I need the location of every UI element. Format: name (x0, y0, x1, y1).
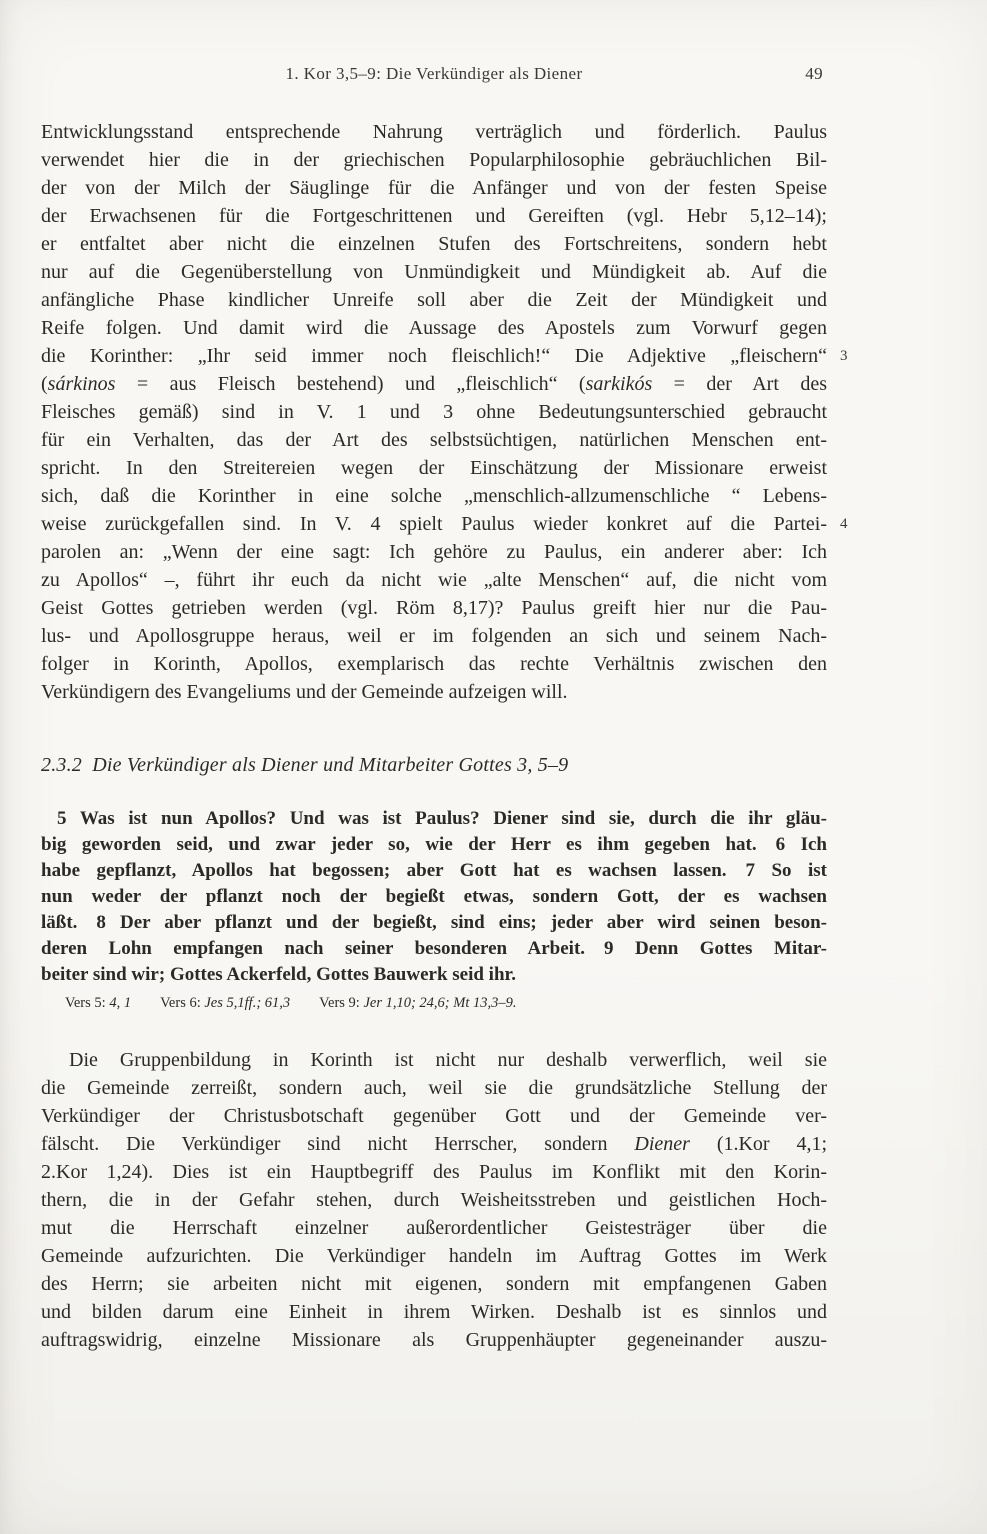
text-segment: und bilden darum eine Einheit in ihrem W… (41, 1301, 827, 1323)
text-segment: Geist Gottes getrieben werden (vgl. Röm … (41, 597, 827, 619)
text-line: des Herrn; sie arbeiten nicht mit eigene… (41, 1270, 827, 1298)
text-line: 2.Kor 1,24). Dies ist ein Hauptbegriff d… (41, 1158, 827, 1186)
text-line: Reife folgen. Und damit wird die Aussage… (41, 314, 827, 342)
text-line: (sárkinos = aus Fleisch bestehend) und „… (41, 370, 827, 398)
bible-text-paragraph: 5 Was ist nun Apollos? Und was ist Paulu… (41, 806, 827, 988)
text-line: spricht. In den Streitereien wegen der E… (41, 454, 827, 482)
book-page: 1. Kor 3,5–9: Die Verkündiger als Diener… (0, 0, 987, 1534)
text-segment: auftragswidrig, einzelne Missionare als … (41, 1329, 827, 1351)
text-line: folger in Korinth, Apollos, exemplarisch… (41, 650, 827, 678)
text-line: auftragswidrig, einzelne Missionare als … (41, 1326, 827, 1354)
running-title: 1. Kor 3,5–9: Die Verkündiger als Diener (41, 62, 827, 86)
text-segment: thern, die in der Gefahr stehen, durch W… (41, 1189, 827, 1211)
text-line: thern, die in der Gefahr stehen, durch W… (41, 1186, 827, 1214)
italic-text-segment: Jer 1,10; 24,6; Mt 13,3–9. (363, 995, 516, 1011)
text-segment: 5 Was ist nun Apollos? Und was ist Paulu… (57, 808, 827, 829)
italic-text-segment: Die Verkündiger als Diener und Mitarbeit… (92, 754, 568, 776)
text-segment: Vers 6: (131, 995, 204, 1011)
text-segment: Reife folgen. Und damit wird die Aussage… (41, 317, 827, 339)
text-segment: deren Lohn empfangen nach seiner besonde… (41, 938, 827, 959)
text-segment: zu Apollos“ –, führt ihr euch da nicht w… (41, 569, 827, 591)
text-line: Fleisches gemäß) sind in V. 1 und 3 ohne… (41, 398, 827, 426)
text-segment: parolen an: „Wenn der eine sagt: Ich geh… (41, 541, 827, 563)
italic-text-segment: sárkinos (48, 373, 116, 395)
text-line: Verkündiger der Christusbotschaft gegenü… (41, 1102, 827, 1130)
text-segment: die Gemeinde zerreißt, sondern auch, wei… (41, 1077, 827, 1099)
text-line: parolen an: „Wenn der eine sagt: Ich geh… (41, 538, 827, 566)
text-segment: Verkündigern des Evangeliums und der Gem… (41, 681, 568, 703)
text-segment: für ein Verhalten, das der Art des selbs… (41, 429, 827, 451)
text-segment: = aus Fleisch bestehend) und „fleischlic… (115, 373, 585, 395)
text-segment: mut die Herrschaft einzelner außerordent… (41, 1217, 827, 1239)
italic-text-segment: sarkikós (586, 373, 653, 395)
text-segment: = der Art des (652, 373, 827, 395)
italic-text-segment: Diener (634, 1133, 690, 1155)
margin-verse-number: 4 (827, 510, 848, 538)
page-number: 49 (805, 62, 823, 86)
text-segment: Vers 9: (290, 995, 363, 1011)
text-line: Gemeinde aufzurichten. Die Verkündiger h… (41, 1242, 827, 1270)
commentary-paragraph-2: Die Gruppenbildung in Korinth ist nicht … (41, 1046, 827, 1354)
text-segment: Verkündiger der Christusbotschaft gegenü… (41, 1105, 827, 1127)
text-segment: spricht. In den Streitereien wegen der E… (41, 457, 827, 479)
text-line: anfängliche Phase kindlicher Unreife sol… (41, 286, 827, 314)
commentary-paragraph-1: Entwicklungsstand entsprechende Nahrung … (41, 118, 827, 706)
text-line: er entfaltet aber nicht die einzelnen St… (41, 230, 827, 258)
text-line: 2.3.2 Die Verkündiger als Diener und Mit… (41, 752, 827, 778)
text-segment: der Erwachsenen für die Fortgeschrittene… (41, 205, 827, 227)
text-segment: Entwicklungsstand entsprechende Nahrung … (41, 121, 827, 143)
italic-text-segment: Jes 5,1ff.; 61,3 (204, 995, 290, 1011)
section-heading: 2.3.2 Die Verkündiger als Diener und Mit… (41, 752, 827, 778)
text-line: mut die Herrschaft einzelner außerordent… (41, 1214, 827, 1242)
page-header: 1. Kor 3,5–9: Die Verkündiger als Diener… (41, 62, 827, 86)
text-segment: die Korinther: „Ihr seid immer noch flei… (41, 345, 827, 367)
text-segment: er entfaltet aber nicht die einzelnen St… (41, 233, 827, 255)
text-segment: fälscht. Die Verkündiger sind nicht Herr… (41, 1133, 634, 1155)
text-line: Verkündigern des Evangeliums und der Gem… (41, 678, 827, 706)
text-segment: big geworden seid, und zwar jeder so, wi… (41, 834, 827, 855)
text-line: für ein Verhalten, das der Art des selbs… (41, 426, 827, 454)
text-segment: Fleisches gemäß) sind in V. 1 und 3 ohne… (41, 401, 827, 423)
text-segment: lus- und Apollosgruppe heraus, weil er i… (41, 625, 827, 647)
margin-verse-number: 3 (827, 342, 848, 370)
cross-reference-line: Vers 5: 4, 1 Vers 6: Jes 5,1ff.; 61,3 Ve… (41, 993, 827, 1013)
text-segment: folger in Korinth, Apollos, exemplarisch… (41, 653, 827, 675)
text-segment: habe gepflanzt, Apollos hat begossen; ab… (41, 860, 827, 881)
text-line: big geworden seid, und zwar jeder so, wi… (41, 832, 827, 858)
text-line: sich, daß die Korinther in eine solche „… (41, 482, 827, 510)
text-line: nur auf die Gegenüberstellung von Unmünd… (41, 258, 827, 286)
text-segment: ( (41, 373, 48, 395)
text-line: 5 Was ist nun Apollos? Und was ist Paulu… (41, 806, 827, 832)
text-line: Die Gruppenbildung in Korinth ist nicht … (41, 1046, 827, 1074)
text-segment: Die Gruppenbildung in Korinth ist nicht … (69, 1049, 827, 1071)
text-line: lus- und Apollosgruppe heraus, weil er i… (41, 622, 827, 650)
text-segment: läßt. 8 Der aber pflanzt und der begießt… (41, 912, 827, 933)
text-line: weise zurückgefallen sind. In V. 4 spiel… (41, 510, 827, 538)
text-line: beiter sind wir; Gottes Ackerfeld, Gotte… (41, 962, 827, 988)
italic-text-segment: 2.3.2 (41, 754, 82, 776)
text-line: läßt. 8 Der aber pflanzt und der begießt… (41, 910, 827, 936)
text-segment: (1.Kor 4,1; (690, 1133, 827, 1155)
text-line: der Erwachsenen für die Fortgeschrittene… (41, 202, 827, 230)
text-segment: des Herrn; sie arbeiten nicht mit eigene… (41, 1273, 827, 1295)
text-segment: der von der Milch der Säuglinge für die … (41, 177, 827, 199)
text-segment: Gemeinde aufzurichten. Die Verkündiger h… (41, 1245, 827, 1267)
text-line: habe gepflanzt, Apollos hat begossen; ab… (41, 858, 827, 884)
text-line: nun weder der pflanzt noch der begießt e… (41, 884, 827, 910)
text-segment: weise zurückgefallen sind. In V. 4 spiel… (41, 513, 827, 535)
text-line: zu Apollos“ –, führt ihr euch da nicht w… (41, 566, 827, 594)
text-segment: verwendet hier die in der griechischen P… (41, 149, 827, 171)
text-segment: nur auf die Gegenüberstellung von Unmünd… (41, 261, 827, 283)
text-line: Entwicklungsstand entsprechende Nahrung … (41, 118, 827, 146)
text-line: und bilden darum eine Einheit in ihrem W… (41, 1298, 827, 1326)
text-line: die Gemeinde zerreißt, sondern auch, wei… (41, 1074, 827, 1102)
text-line: Vers 5: 4, 1 Vers 6: Jes 5,1ff.; 61,3 Ve… (41, 993, 827, 1013)
text-line: deren Lohn empfangen nach seiner besonde… (41, 936, 827, 962)
text-line: der von der Milch der Säuglinge für die … (41, 174, 827, 202)
text-segment: Vers 5: (65, 995, 109, 1011)
text-line: fälscht. Die Verkündiger sind nicht Herr… (41, 1130, 827, 1158)
italic-text-segment: 4, 1 (109, 995, 131, 1011)
text-line: Geist Gottes getrieben werden (vgl. Röm … (41, 594, 827, 622)
text-segment: beiter sind wir; Gottes Ackerfeld, Gotte… (41, 964, 516, 985)
text-segment: sich, daß die Korinther in eine solche „… (41, 485, 827, 507)
text-segment: 2.Kor 1,24). Dies ist ein Hauptbegriff d… (41, 1161, 827, 1183)
text-segment: anfängliche Phase kindlicher Unreife sol… (41, 289, 827, 311)
italic-text-segment (82, 754, 92, 776)
text-segment: nun weder der pflanzt noch der begießt e… (41, 886, 827, 907)
text-line: verwendet hier die in der griechischen P… (41, 146, 827, 174)
text-line: die Korinther: „Ihr seid immer noch flei… (41, 342, 827, 370)
